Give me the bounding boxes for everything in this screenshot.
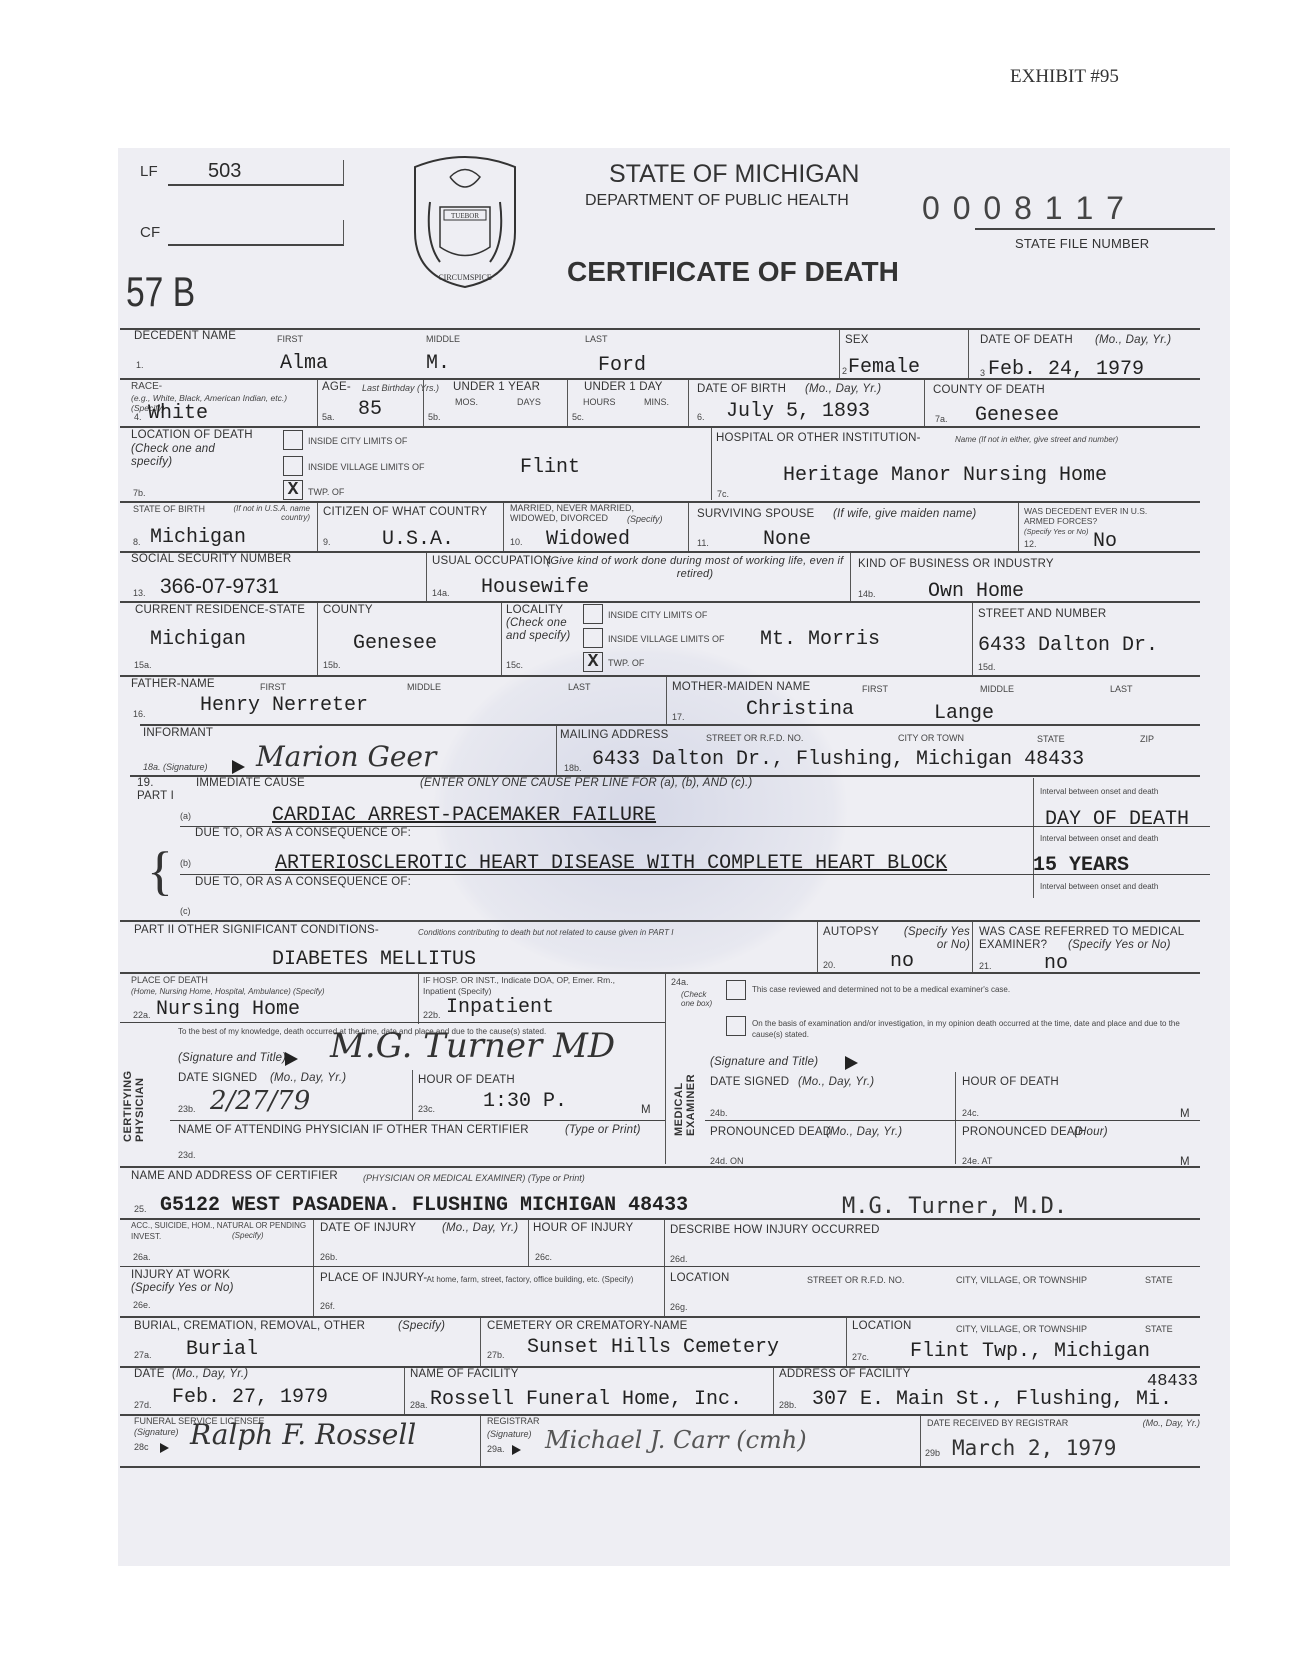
citizen-value: U.S.A.: [382, 528, 454, 551]
occupation-hint: (Give kind of work done during most of w…: [545, 555, 845, 581]
examiner-signature-label: (Signature and Title): [710, 1056, 818, 1068]
field-number: 15b.: [323, 660, 341, 670]
county-of-death-value: Genesee: [975, 404, 1059, 427]
cemetery-label: CEMETERY OR CREMATORY-NAME: [487, 1320, 688, 1332]
rule: [120, 426, 1200, 428]
rule: [140, 724, 1200, 726]
field-number: 27a.: [134, 1350, 152, 1360]
ssn-label: SOCIAL SECURITY NUMBER: [131, 553, 291, 565]
accident-type-hint: (Specify): [232, 1231, 264, 1240]
injury-place-label: PLACE OF INJURY-: [320, 1272, 427, 1284]
hour-suffix: M: [1180, 1108, 1190, 1120]
department-title: DEPARTMENT OF PUBLIC HEALTH: [585, 192, 849, 210]
date-received-value: March 2, 1979: [952, 1436, 1116, 1460]
field-number: 7a.: [935, 414, 948, 424]
licensee-signature: Ralph F. Rossell: [190, 1418, 416, 1451]
race-label: RACE-: [131, 381, 162, 392]
sex-label: SEX: [845, 334, 869, 346]
field-number: 29a.: [487, 1444, 505, 1454]
location-of-death-label: LOCATION OF DEATH: [131, 429, 253, 441]
signature-arrow-icon: [160, 1439, 169, 1457]
rule: [846, 1318, 847, 1366]
field-number: 24e. AT: [962, 1156, 992, 1166]
rule: [120, 378, 1200, 380]
pronounced-date-label: PRONOUNCED DEAD: [710, 1126, 831, 1138]
cf-bracket: [343, 220, 344, 245]
rule: [480, 1416, 481, 1466]
days-label: DAYS: [517, 397, 541, 407]
cause-instruction: (ENTER ONLY ONE CAUSE PER LINE FOR (a), …: [420, 777, 752, 789]
field-number: 17.: [672, 712, 685, 722]
rule: [317, 603, 318, 675]
residence-village-checkbox[interactable]: [583, 628, 603, 648]
field-number: 23c.: [418, 1104, 435, 1114]
mins-label: MINS.: [644, 397, 669, 407]
mos-label: MOS.: [455, 397, 478, 407]
rule: [426, 553, 427, 603]
part-2-hint: Conditions contributing to death but not…: [418, 928, 673, 937]
rule: [120, 1266, 1200, 1267]
date-of-birth-value: July 5, 1893: [726, 400, 870, 423]
rule: [1033, 778, 1034, 898]
inside-village-option: INSIDE VILLAGE LIMITS OF: [308, 462, 425, 472]
father-name-value: Henry Nerreter: [200, 694, 368, 717]
rule: [688, 380, 689, 426]
pronounced-hour-hint: (Hour): [1074, 1126, 1108, 1138]
state-label: STATE: [1145, 1275, 1173, 1285]
rule: [968, 330, 969, 378]
city-label: CITY, VILLAGE, OR TOWNSHIP: [956, 1275, 1087, 1285]
signature-arrow-icon: [512, 1441, 521, 1459]
burial-location-label: LOCATION: [852, 1320, 912, 1332]
interval-label: Interval between onset and death: [1040, 882, 1158, 891]
residence-city-checkbox[interactable]: [583, 604, 603, 624]
field-number: 7c.: [717, 489, 729, 499]
part-2-label: PART II OTHER SIGNIFICANT CONDITIONS-: [134, 924, 379, 936]
field-number: 5b.: [428, 412, 441, 422]
examiner-date-hint: (Mo., Day, Yr.): [798, 1076, 874, 1088]
residence-county-value: Genesee: [353, 632, 437, 655]
rule: [503, 503, 504, 551]
attending-physician-hint: (Type or Print): [565, 1124, 641, 1136]
last-label: LAST: [568, 682, 591, 692]
county-of-death-label: COUNTY OF DEATH: [933, 384, 1045, 396]
rule: [120, 1022, 665, 1023]
field-number: 26e.: [133, 1300, 151, 1310]
form-code: 57 B: [126, 268, 195, 316]
date-of-death-hint: (Mo., Day, Yr.): [1095, 334, 1171, 346]
rule: [839, 330, 840, 378]
registrar-hint: (Signature): [487, 1429, 532, 1439]
rule: [317, 380, 318, 426]
immediate-cause-label: IMMEDIATE CAUSE: [196, 777, 305, 789]
injury-date-label: DATE OF INJURY: [320, 1222, 416, 1234]
signature-arrow-icon: [232, 758, 245, 776]
examiner-date-label: DATE SIGNED: [710, 1076, 789, 1088]
rule: [120, 920, 1200, 922]
facility-zip-value: 48433: [1147, 1372, 1198, 1391]
spouse-hint: (If wife, give maiden name): [833, 508, 976, 520]
field-number: 5c.: [572, 412, 584, 422]
rule: [817, 922, 818, 974]
certifier-date-hint: (Mo., Day, Yr.): [270, 1072, 346, 1084]
rule: [120, 328, 1200, 330]
exhibit-label: EXHIBIT #95: [1010, 66, 1119, 88]
rule: [664, 1220, 665, 1316]
rule: [120, 1414, 1200, 1416]
certifying-physician-label: CERTIFYING PHYSICIAN: [122, 1052, 146, 1142]
business-value: Own Home: [928, 580, 1024, 603]
injury-hour-label: HOUR OF INJURY: [533, 1222, 633, 1234]
first-label: FIRST: [862, 684, 888, 694]
twp-option: TWP. OF: [308, 487, 344, 497]
file-number-line: [975, 228, 1215, 230]
rule: [120, 1166, 1200, 1168]
middle-label: MIDDLE: [980, 684, 1014, 694]
armed-forces-label: WAS DECEDENT EVER IN U.S. ARMED FORCES?: [1024, 506, 1164, 526]
rule: [955, 1072, 956, 1164]
rule: [480, 1318, 481, 1366]
field-number: 26f.: [320, 1301, 335, 1311]
spouse-value: None: [763, 528, 811, 551]
rule: [665, 974, 666, 1164]
certifier-signature: M.G. Turner MD: [330, 1026, 615, 1066]
decedent-last-name: Ford: [598, 354, 646, 377]
rule: [972, 922, 973, 974]
armed-forces-value: No: [1093, 530, 1117, 553]
field-number: 29b: [925, 1448, 940, 1458]
rule: [1018, 503, 1019, 551]
middle-label: MIDDLE: [407, 682, 441, 692]
field-number: 26g.: [670, 1302, 688, 1312]
autopsy-hint: (Specify Yes or No): [895, 926, 970, 952]
rule: [418, 974, 419, 1024]
rule: [850, 553, 851, 603]
certifier-address-label: NAME AND ADDRESS OF CERTIFIER: [131, 1170, 338, 1182]
certifier-date-label: DATE SIGNED: [178, 1072, 257, 1084]
rule: [423, 380, 424, 426]
disposition-method-hint: (Specify): [398, 1320, 445, 1332]
rule: [412, 1070, 413, 1120]
rule: [120, 675, 1200, 677]
state-file-number: 0 0 0 8 1 1 7: [922, 190, 1126, 227]
field-number: 24b.: [710, 1108, 728, 1118]
decedent-middle-name: M.: [426, 352, 450, 375]
field-number: 24a.: [671, 977, 689, 987]
date-of-birth-label: DATE OF BIRTH: [697, 383, 786, 395]
rule: [317, 503, 318, 551]
rule: [688, 503, 689, 551]
disposition-date-value: Feb. 27, 1979: [172, 1386, 328, 1409]
field-number: 22b.: [423, 1010, 441, 1020]
injury-location-label: LOCATION: [670, 1272, 730, 1284]
field-number: 23b.: [178, 1104, 196, 1114]
cause-a-value: CARDIAC ARREST-PACEMAKER FAILURE: [272, 804, 656, 827]
field-number: 24c.: [962, 1108, 979, 1118]
cause-a-label: (a): [180, 811, 191, 821]
pronounced-hour-label: PRONOUNCED DEAD: [962, 1126, 1083, 1138]
field-number: 26b.: [320, 1252, 338, 1262]
ssn-value: 366-07-9731: [160, 575, 279, 599]
svg-text:CIRCUMSPICE: CIRCUMSPICE: [438, 273, 491, 282]
inside-city-checkbox[interactable]: [283, 430, 303, 450]
father-name-label: FATHER-NAME: [131, 678, 215, 690]
sex-value: Female: [848, 356, 920, 379]
field-number: 16.: [133, 709, 146, 719]
street-value: 6433 Dalton Dr.: [978, 634, 1158, 657]
field-number: 27d.: [134, 1400, 152, 1410]
field-number: 27b.: [487, 1350, 505, 1360]
lf-label: LF: [140, 163, 158, 180]
part-1-label: PART I: [137, 790, 174, 802]
mother-name-label: MOTHER-MAIDEN NAME: [672, 681, 810, 693]
state-of-birth-value: Michigan: [150, 526, 246, 549]
injury-date-hint: (Mo., Day, Yr.): [442, 1222, 518, 1234]
inside-village-checkbox[interactable]: [283, 456, 303, 476]
state-file-number-label: STATE FILE NUMBER: [1015, 236, 1149, 251]
examiner-hour-label: HOUR OF DEATH: [962, 1076, 1059, 1088]
me-opinion-checkbox[interactable]: [726, 1016, 746, 1036]
referred-hint: (Specify Yes or No): [1068, 939, 1171, 951]
rule: [313, 1220, 314, 1316]
field-number: 12.: [1024, 539, 1037, 549]
field-number: 26a.: [133, 1252, 151, 1262]
state-of-birth-label: STATE OF BIRTH: [133, 504, 205, 514]
rule: [120, 972, 1200, 974]
cemetery-value: Sunset Hills Cemetery: [527, 1336, 779, 1359]
field-number: 28a.: [410, 1400, 428, 1410]
date-of-birth-hint: (Mo., Day, Yr.): [805, 383, 881, 395]
field-number: 14a.: [432, 588, 450, 598]
field-number: 15c.: [506, 660, 523, 670]
state-of-birth-hint: (If not in U.S.A. name country): [215, 504, 310, 522]
informant-signature-label: 18a. (Signature): [143, 762, 208, 772]
age-value: 85: [358, 398, 382, 421]
last-label: LAST: [585, 334, 608, 344]
rule: [773, 1368, 774, 1416]
cause-c-label: (c): [180, 906, 191, 916]
cause-brace: {: [147, 840, 173, 902]
locality-label: LOCALITY: [506, 604, 563, 616]
age-hint: Last Birthday (Yrs.): [362, 383, 439, 393]
rule: [120, 1316, 1200, 1318]
facility-address-label: ADDRESS OF FACILITY: [779, 1368, 911, 1380]
mailing-address-value: 6433 Dalton Dr., Flushing, Michigan 4843…: [592, 748, 1084, 771]
race-value: White: [148, 402, 208, 425]
interval-label: Interval between onset and death: [1040, 787, 1158, 796]
rule: [567, 380, 568, 426]
pronounced-date-hint: (Mo., Day, Yr.): [826, 1126, 902, 1138]
marital-value: Widowed: [546, 528, 630, 551]
certifier-name-value: M.G. Turner, M.D.: [842, 1194, 1067, 1219]
field-number: 28b.: [779, 1400, 797, 1410]
field-number: 1.: [136, 360, 144, 370]
attending-physician-label: NAME OF ATTENDING PHYSICIAN IF OTHER THA…: [178, 1124, 529, 1136]
street-label: STREET OR R.F.D. NO.: [807, 1275, 904, 1285]
rule: [705, 1120, 1200, 1121]
residence-state-value: Michigan: [150, 628, 246, 651]
first-label: FIRST: [260, 682, 286, 692]
mother-last-value: Lange: [934, 702, 994, 725]
field-number: 15a.: [134, 660, 152, 670]
certifier-date-value: 2/27/79: [210, 1086, 310, 1116]
mailing-address-label: MAILING ADDRESS: [560, 729, 668, 741]
field-number: 7b.: [133, 488, 146, 498]
disposition-date-label: DATE: [134, 1368, 165, 1380]
residence-county-label: COUNTY: [323, 604, 373, 616]
rule: [528, 1220, 529, 1266]
autopsy-label: AUTOPSY: [823, 926, 879, 938]
cause-b-label: (b): [180, 858, 191, 868]
cause-b-value: ARTERIOSCLEROTIC HEART DISEASE WITH COMP…: [275, 852, 947, 875]
disposition-method-value: Burial: [186, 1338, 258, 1361]
under-1-day-label: UNDER 1 DAY: [584, 381, 663, 393]
accident-type-label: ACC., SUICIDE, HOM., NATURAL OR PENDING …: [131, 1220, 311, 1242]
locality-value: Mt. Morris: [760, 628, 880, 651]
rule: [920, 1416, 921, 1466]
age-label: AGE-: [322, 381, 351, 393]
autopsy-value: no: [890, 950, 914, 973]
signature-arrow-icon: [845, 1054, 858, 1072]
cf-label: CF: [140, 224, 160, 241]
date-received-hint: (Mo., Day, Yr.): [1140, 1418, 1200, 1428]
injury-at-work-label: INJURY AT WORK: [131, 1269, 230, 1281]
registrar-signature: Michael J. Carr (cmh): [545, 1426, 807, 1454]
marital-hint: (Specify): [627, 514, 663, 524]
field-number: 19.: [137, 777, 154, 789]
disposition-method-label: BURIAL, CREMATION, REMOVAL, OTHER: [134, 1320, 365, 1332]
field-number: 2: [842, 366, 847, 376]
date-received-label: DATE RECEIVED BY REGISTRAR: [927, 1418, 1068, 1428]
facility-address-value: 307 E. Main St., Flushing, Mi.: [812, 1388, 1172, 1411]
rule: [501, 603, 502, 675]
hour-of-death-value: 1:30 P.: [483, 1090, 567, 1113]
armed-forces-hint: (Specify Yes or No): [1024, 527, 1088, 536]
michigan-seal-icon: TUEBOR CIRCUMSPICE: [400, 152, 530, 292]
rule: [120, 1466, 1200, 1468]
svg-text:TUEBOR: TUEBOR: [451, 212, 479, 220]
under-1-year-label: UNDER 1 YEAR: [453, 381, 540, 393]
rule: [120, 1366, 1200, 1368]
examiner-check-hint: (Check one box): [681, 990, 721, 1008]
rule: [711, 428, 712, 500]
residence-village-option: INSIDE VILLAGE LIMITS OF: [608, 634, 725, 644]
decedent-first-name: Alma: [280, 352, 328, 375]
citizen-label: CITIZEN OF WHAT COUNTRY: [323, 506, 487, 518]
field-number: 20.: [823, 960, 836, 970]
registrar-label: REGISTRAR: [487, 1416, 540, 1426]
examiner-option-1: This case reviewed and determined not to…: [752, 985, 1010, 994]
institution-status-value: Inpatient: [446, 996, 554, 1019]
informant-label: INFORMANT: [143, 727, 213, 739]
field-number: 13.: [133, 588, 146, 598]
due-to-label: DUE TO, OR AS A CONSEQUENCE OF:: [195, 827, 411, 839]
lf-line: [168, 184, 344, 186]
signature-arrow-icon: [285, 1050, 298, 1068]
disposition-date-hint: (Mo., Day, Yr.): [172, 1368, 248, 1380]
field-number: 23d.: [178, 1150, 196, 1160]
certifier-address-value: G5122 WEST PASADENA. FLUSHING MICHIGAN 4…: [160, 1194, 688, 1217]
field-number: 25.: [134, 1204, 147, 1214]
field-number: 28c: [134, 1442, 149, 1452]
place-of-death-label: PLACE OF DEATH: [131, 975, 371, 986]
rule: [170, 1120, 665, 1121]
rule: [404, 1368, 405, 1416]
field-number: 4.: [134, 412, 142, 422]
spouse-label: SURVIVING SPOUSE: [697, 508, 814, 520]
field-number: 11.: [697, 538, 709, 548]
date-of-death-label: DATE OF DEATH: [980, 334, 1073, 346]
rule: [180, 874, 1210, 875]
not-me-case-checkbox[interactable]: [726, 980, 746, 1000]
examiner-option-2: On the basis of examination and/or inves…: [752, 1018, 1192, 1040]
field-number: 6.: [697, 412, 705, 422]
street-label: STREET OR R.F.D. NO.: [706, 733, 803, 743]
occupation-value: Housewife: [481, 576, 589, 599]
field-number: 18b.: [564, 763, 582, 773]
twp-checkbox[interactable]: X: [283, 480, 303, 500]
cause-a-interval: DAY OF DEATH: [1045, 808, 1189, 831]
interval-label: Interval between onset and death: [1040, 834, 1158, 843]
facility-name-label: NAME OF FACILITY: [410, 1368, 519, 1380]
injury-place-hint: At home, farm, street, factory, office b…: [420, 1275, 640, 1285]
injury-at-work-hint: (Specify Yes or No): [131, 1282, 234, 1294]
place-of-death-hint: (Home, Nursing Home, Hospital, Ambulance…: [131, 987, 371, 996]
hospital-hint: Name (If not in either, give street and …: [955, 435, 1118, 444]
field-number: 15d.: [978, 662, 996, 672]
location-city-value: Flint: [520, 456, 580, 479]
business-label: KIND OF BUSINESS OR INDUSTRY: [858, 558, 1054, 570]
last-label: LAST: [1110, 684, 1133, 694]
field-number: 22a.: [133, 1010, 151, 1020]
hospital-label: HOSPITAL OR OTHER INSTITUTION-: [716, 432, 921, 444]
state-label: STATE: [1145, 1324, 1173, 1334]
inside-city-option: INSIDE CITY LIMITS OF: [308, 436, 407, 446]
state-title: STATE OF MICHIGAN: [609, 160, 859, 189]
locality-hint: (Check one and specify): [506, 617, 586, 643]
city-label: CITY, VILLAGE, OR TOWNSHIP: [956, 1324, 1087, 1334]
first-label: FIRST: [277, 334, 303, 344]
medical-examiner-label: MEDICAL EXAMINER: [673, 1066, 697, 1136]
hour-suffix: M: [641, 1104, 651, 1116]
field-number: 26d.: [670, 1254, 688, 1264]
field-number: 21.: [979, 961, 992, 971]
residence-state-label: CURRENT RESIDENCE-STATE: [135, 604, 305, 616]
zip-label: ZIP: [1140, 734, 1154, 744]
street-label: STREET AND NUMBER: [978, 608, 1106, 620]
rule: [120, 601, 1200, 603]
rule: [556, 726, 557, 776]
certifier-address-hint: (PHYSICIAN OR MEDICAL EXAMINER) (Type or…: [363, 1173, 585, 1183]
mother-first-value: Christina: [746, 698, 854, 721]
field-number: 3: [980, 368, 985, 378]
occupation-label: USUAL OCCUPATION: [432, 555, 551, 567]
field-number: 8.: [133, 537, 141, 547]
informant-signature: Marion Geer: [256, 740, 436, 773]
residence-twp-option: TWP. OF: [608, 658, 644, 668]
field-number: 9.: [323, 537, 331, 547]
middle-label: MIDDLE: [426, 334, 460, 344]
location-of-death-hint: (Check one and specify): [131, 443, 241, 469]
burial-location-value: Flint Twp., Michigan: [910, 1340, 1150, 1363]
place-of-death-value: Nursing Home: [156, 998, 300, 1021]
hour-of-death-label: HOUR OF DEATH: [418, 1074, 515, 1086]
rule: [972, 603, 973, 675]
hospital-value: Heritage Manor Nursing Home: [783, 464, 1107, 487]
field-number: 27c.: [852, 1352, 869, 1362]
residence-twp-checkbox[interactable]: X: [583, 652, 603, 672]
lf-value: 503: [208, 160, 241, 183]
